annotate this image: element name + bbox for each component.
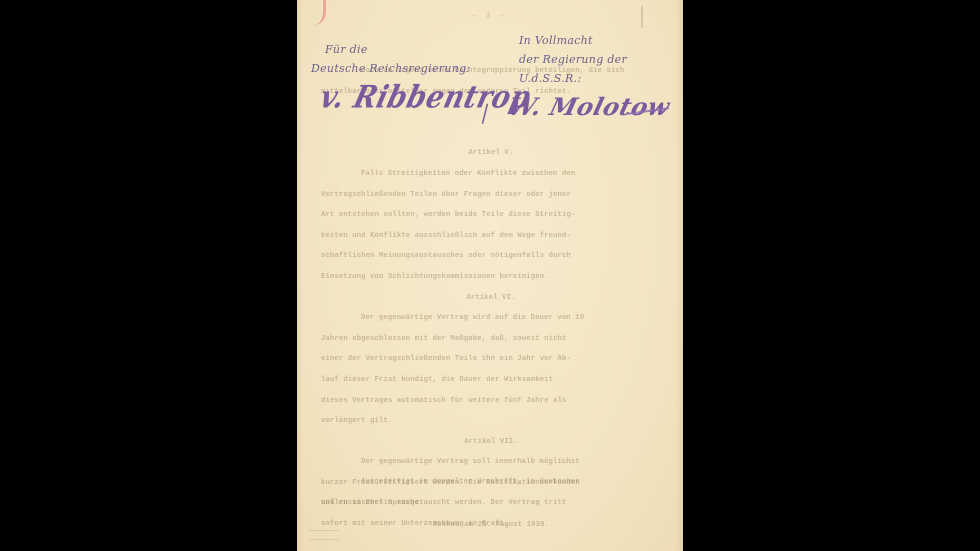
typed-date: Moskau am 23. August 1939. xyxy=(321,515,661,536)
article-heading: Artikel VI. xyxy=(321,288,661,309)
typed-line: und russischer Sprache. xyxy=(321,493,661,514)
page-number: - 3 - xyxy=(472,12,506,21)
paper-crease xyxy=(641,6,643,28)
typed-line: Ausgefertigt in doppelter Urschrift, in … xyxy=(321,472,661,493)
article-heading: Artikel V. xyxy=(321,143,661,164)
archive-stamp xyxy=(309,530,339,540)
typed-line: keiten und Konflikte ausschließlich auf … xyxy=(321,226,661,247)
typed-line: einer der Vertragschließenden Teile ihn … xyxy=(321,349,661,370)
typed-treaty-text: noch an irgend einer Mächtegruppierung b… xyxy=(321,61,661,535)
typed-line: Jahren abgeschlossen mit der Maßgabe, da… xyxy=(321,329,661,350)
typed-closing: Ausgefertigt in doppelter Urschrift, in … xyxy=(321,472,661,536)
handwritten-line: U.d.S.S.R.: xyxy=(519,69,627,88)
typed-line: lauf dieser Frist kündigt, die Dauer der… xyxy=(321,370,661,391)
typed-line: Falls Streitigkeiten oder Konflikte zwis… xyxy=(321,164,661,185)
handwritten-soviet-attestation: In Vollmacht der Regierung der U.d.S.S.R… xyxy=(519,31,627,88)
typed-line: Einsetzung von Schlichtungskommissionen … xyxy=(321,267,661,288)
handwritten-line: der Regierung der xyxy=(519,50,627,69)
handwritten-line: In Vollmacht xyxy=(519,31,627,50)
typed-line: Der gegenwärtige Vertrag wird auf die Da… xyxy=(321,308,661,329)
handwritten-line: Für die xyxy=(311,40,470,59)
handwritten-german-attestation: Für die Deutsche Reichsregierung: xyxy=(311,40,470,78)
typed-line: dieses Vertrages automatisch für weitere… xyxy=(321,391,661,412)
signature-molotov: W. Molotow xyxy=(505,92,673,121)
document-page: - 3 - noch an irgend einer Mächtegruppie… xyxy=(297,0,683,551)
typed-line: verlängert gilt. xyxy=(321,411,661,432)
article-heading: Artikel VII. xyxy=(321,432,661,453)
typed-line: Vertragschließenden Teilen über Fragen d… xyxy=(321,185,661,206)
typed-line: Der gegenwärtige Vertrag soll innerhalb … xyxy=(321,452,661,473)
document-viewer: - 3 - noch an irgend einer Mächtegruppie… xyxy=(0,0,980,551)
signature-ribbentrop: v. Ribbentrop xyxy=(317,80,535,116)
handwritten-line: Deutsche Reichsregierung: xyxy=(311,59,470,78)
red-pencil-mark xyxy=(311,0,326,26)
typed-line: schaftlichen Meinungsaustausches oder nö… xyxy=(321,246,661,267)
typed-line: Art entstehen sollten, werden beide Teil… xyxy=(321,205,661,226)
